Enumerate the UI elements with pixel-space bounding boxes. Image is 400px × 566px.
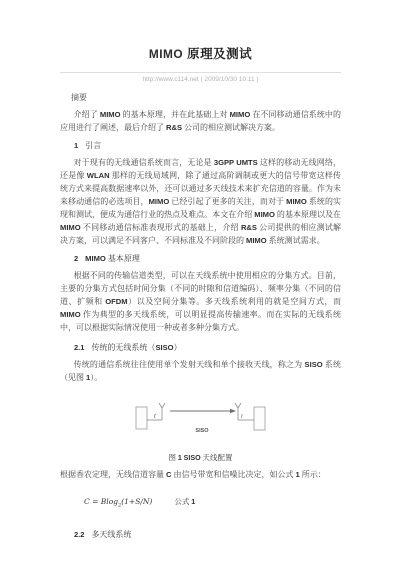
formula-tail: (1+S/N) (121, 497, 152, 506)
siso-paragraph: 传统的通信系统往往使用单个发射天线和单个接收天线，称之为 SISO 系统（见图 … (60, 358, 341, 384)
heading-2-1-number: 2.1 (74, 343, 84, 352)
shannon-formula-row: C = Blog2(1+S/N)公式 1 (84, 496, 341, 509)
heading-1-text: 引言 (85, 141, 101, 150)
figure-caption: 图 1 SISO 天线配置 (60, 452, 341, 463)
shannon-formula: C = Blog2(1+S/N) (84, 497, 152, 506)
transmitter-box (136, 407, 147, 429)
heading-2-1-text: 传统的无线系统（SISO） (91, 343, 181, 352)
heading-2-2-number: 2.2 (74, 530, 84, 539)
channel-arrowhead-icon (230, 409, 236, 413)
title-divider (60, 72, 341, 73)
tx-antenna-label: t (154, 414, 156, 420)
source-line: http://www.c114.net ( 2009/10/30 10:11 ) (60, 76, 341, 83)
heading-2-1-siso: 2.1传统的无线系统（SISO） (74, 342, 341, 353)
receiver-box (254, 407, 265, 430)
heading-2-2-multi-antenna: 2.2多天线系统 (74, 529, 341, 540)
siso-figure: t SISO r (126, 399, 276, 439)
abstract-paragraph: 介绍了 MIMO 的基本原理，并在此基础上对 MIMO 在不同移动通信系统中的应… (60, 108, 341, 134)
channel-label: SISO (195, 428, 209, 434)
tx-antenna-icon (159, 403, 165, 420)
abstract-label: 摘要 (71, 92, 341, 103)
mimo-principles-paragraph: 根据不同的传输信道类型，可以在天线系统中使用相应的分集方式。目前，主要的分集方式… (60, 269, 341, 334)
formula-lead: C = Blog (84, 497, 118, 506)
shannon-paragraph: 根据香农定理，无线信道容量 C 由信号带宽和信噪比决定，如公式 1 所示： (60, 468, 341, 481)
heading-2-mimo-principles: 2MIMO 基本原理 (74, 253, 341, 264)
heading-2-number: 2 (74, 254, 78, 263)
formula-label: 公式 1 (174, 497, 195, 506)
heading-2-2-text: 多天线系统 (91, 530, 131, 539)
siso-diagram-svg: t SISO r (126, 399, 276, 439)
heading-1-intro: 1引言 (74, 140, 341, 151)
rx-antenna-label: r (241, 414, 244, 420)
heading-1-number: 1 (74, 141, 78, 150)
document-page: MIMO 原理及测试 http://www.c114.net ( 2009/10… (0, 0, 400, 566)
heading-2-text: MIMO 基本原理 (85, 254, 140, 263)
intro-paragraph: 对于现有的无线通信系统而言，无论是 3GPP UMTS 这样的移动无线网络，还是… (60, 156, 341, 247)
page-title: MIMO 原理及测试 (60, 44, 341, 62)
